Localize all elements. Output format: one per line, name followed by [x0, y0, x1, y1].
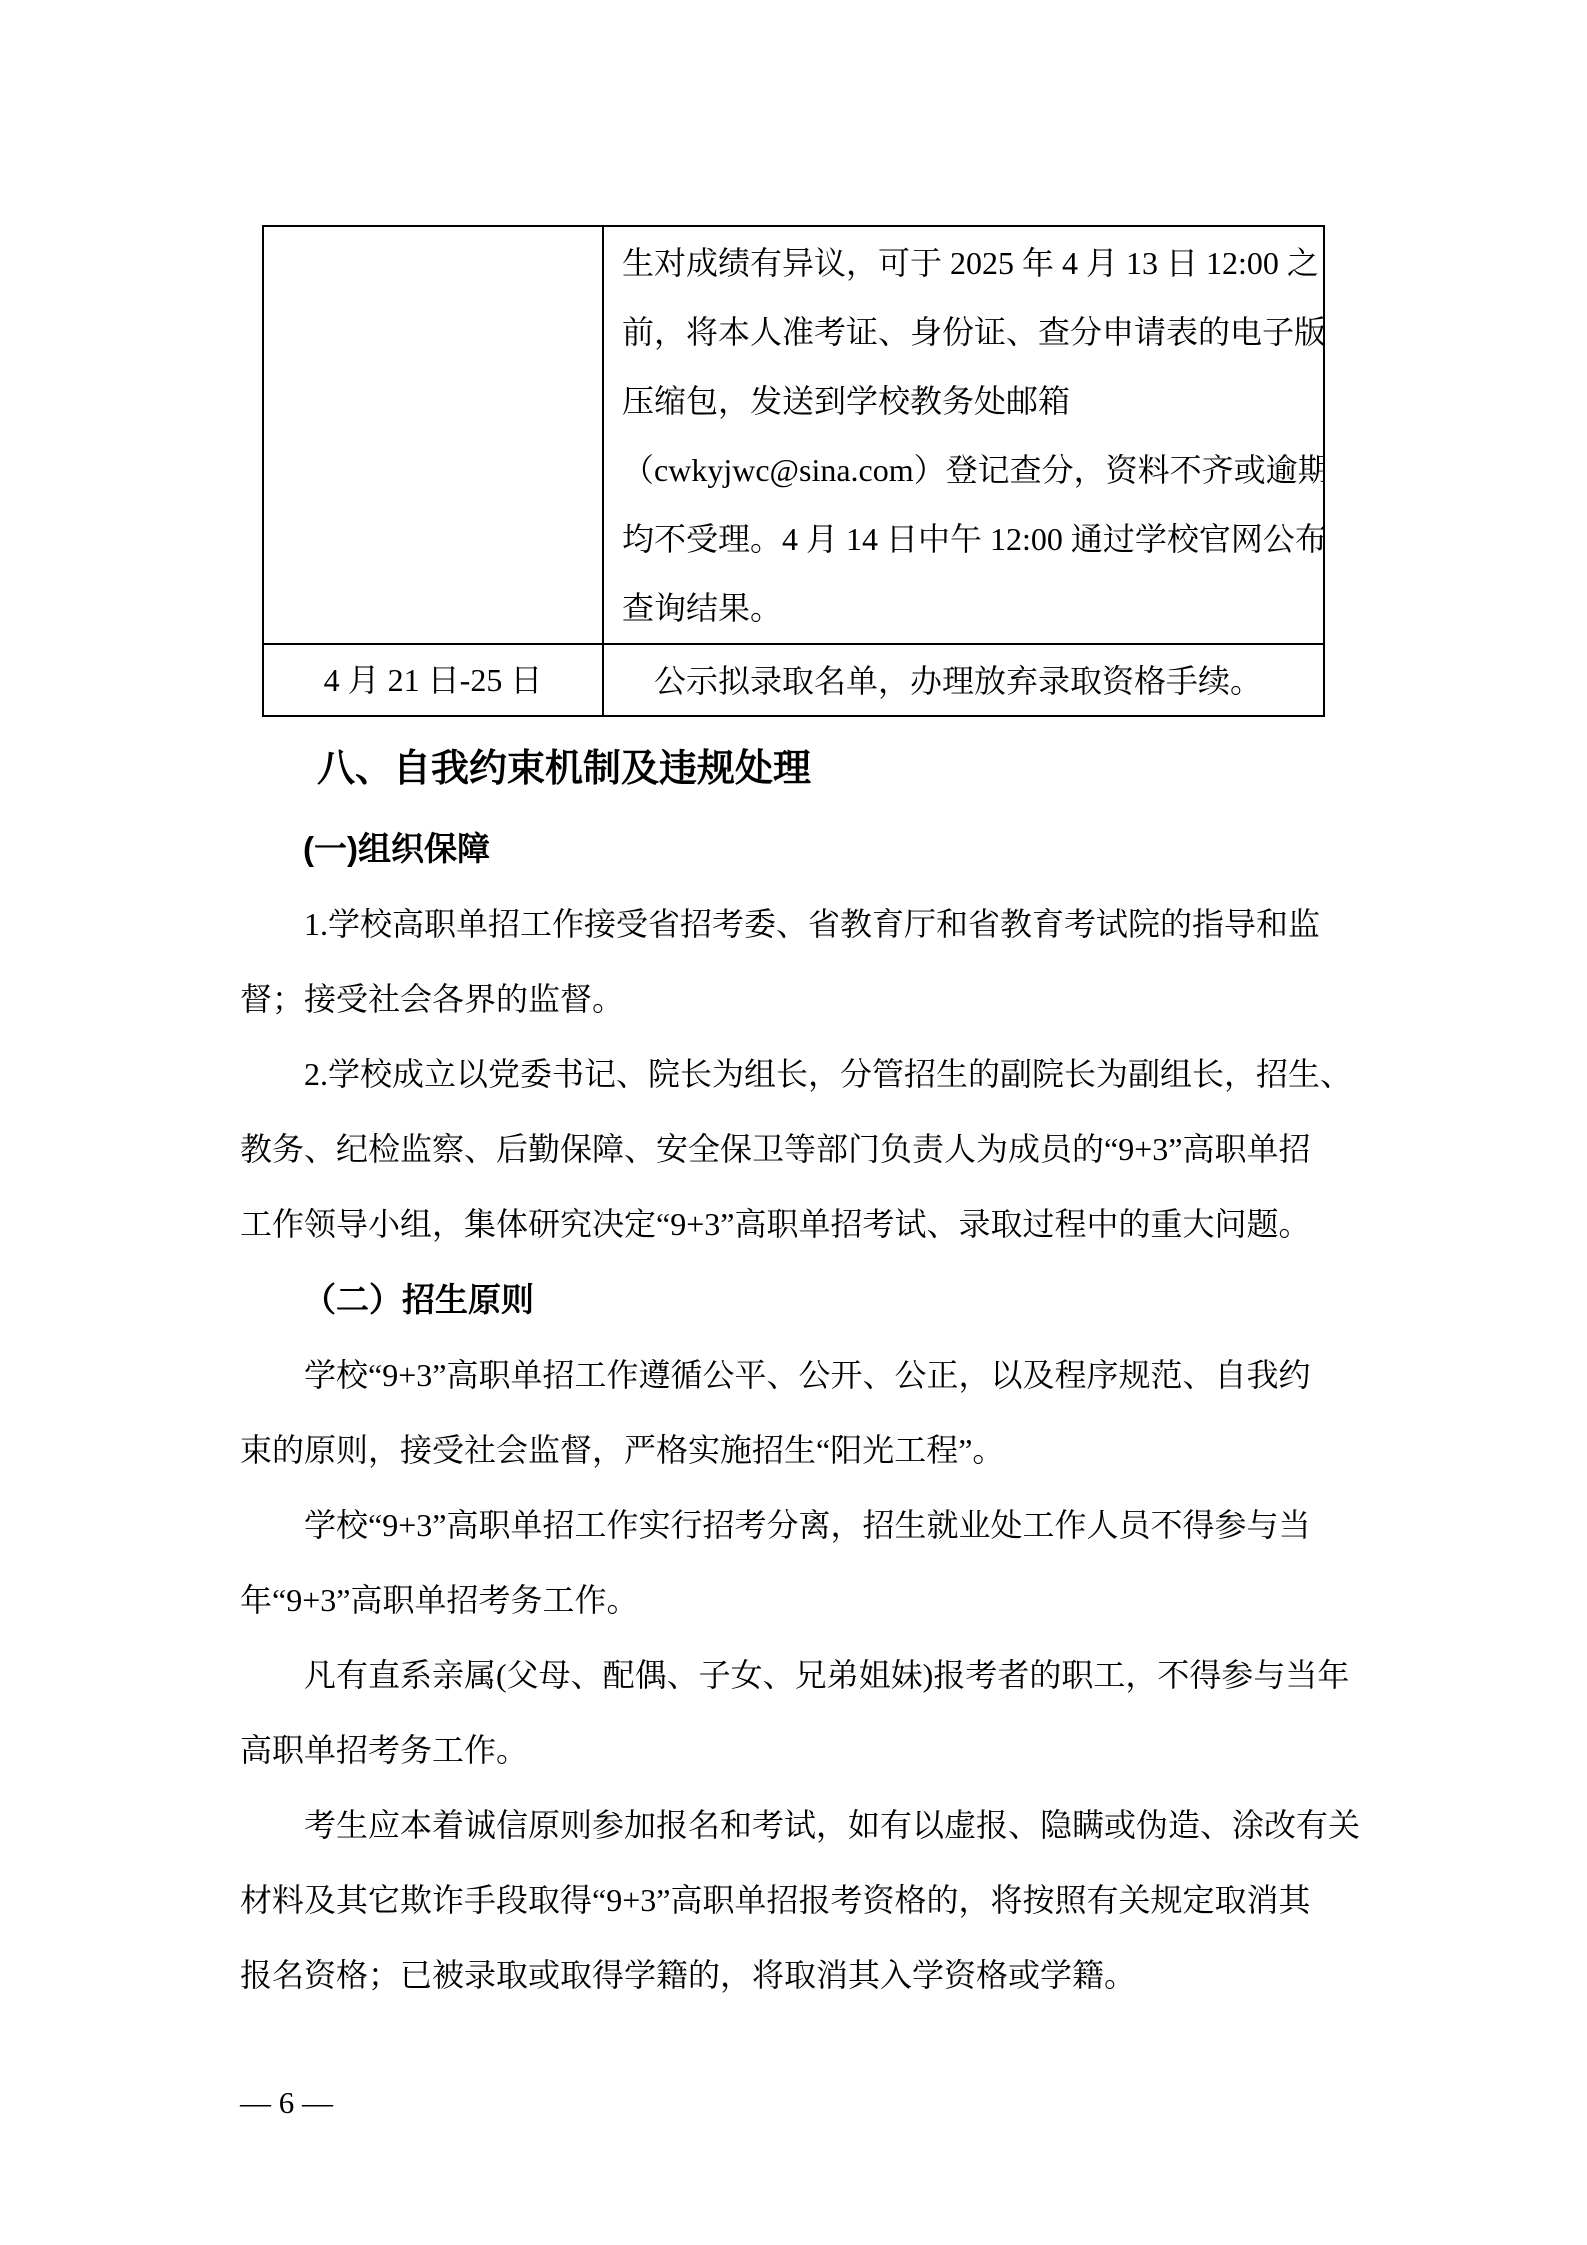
- table-row: 生对成绩有异议，可于 2025 年 4 月 13 日 12:00 之前，将本人准…: [263, 226, 1324, 644]
- table-content-line: 前，将本人准考证、身份证、查分申请表的电子版: [622, 298, 1311, 367]
- body-line: 学校“9+3”高职单招工作遵循公平、公开、公正，以及程序规范、自我约: [240, 1338, 1345, 1413]
- content-cell-lines: 生对成绩有异议，可于 2025 年 4 月 13 日 12:00 之前，将本人准…: [622, 229, 1311, 643]
- body-line: 2.学校成立以党委书记、院长为组长，分管招生的副院长为副组长，招生、: [240, 1037, 1345, 1112]
- body-line: 高职单招考务工作。: [240, 1713, 1345, 1788]
- table-content-line: （cwkyjwc@sina.com）登记查分，资料不齐或逾期: [622, 436, 1311, 505]
- content-blocks: 八、自我约束机制及违规处理(一)组织保障1.学校高职单招工作接受省招考委、省教育…: [240, 727, 1345, 2013]
- section-heading: 八、自我约束机制及违规处理: [240, 727, 1345, 811]
- body-line: 督；接受社会各界的监督。: [240, 962, 1345, 1037]
- subsection-heading: （二）招生原则: [240, 1262, 1345, 1338]
- body-line: 束的原则，接受社会监督，严格实施招生“阳光工程”。: [240, 1413, 1345, 1488]
- schedule-table: 生对成绩有异议，可于 2025 年 4 月 13 日 12:00 之前，将本人准…: [262, 225, 1325, 717]
- subsection-heading: (一)组织保障: [240, 811, 1345, 887]
- date-cell: [263, 226, 603, 644]
- body-line: 凡有直系亲属(父母、配偶、子女、兄弟姐妹)报考者的职工，不得参与当年: [240, 1638, 1345, 1713]
- table-row: 4 月 21 日-25 日 公示拟录取名单，办理放弃录取资格手续。: [263, 644, 1324, 716]
- body-line: 报名资格；已被录取或取得学籍的，将取消其入学资格或学籍。: [240, 1938, 1345, 2013]
- body-line: 教务、纪检监察、后勤保障、安全保卫等部门负责人为成员的“9+3”高职单招: [240, 1112, 1345, 1187]
- body-line: 工作领导小组，集体研究决定“9+3”高职单招考试、录取过程中的重大问题。: [240, 1187, 1345, 1262]
- content-cell-lines: 公示拟录取名单，办理放弃录取资格手续。: [622, 648, 1311, 714]
- body-line: 学校“9+3”高职单招工作实行招考分离，招生就业处工作人员不得参与当: [240, 1488, 1345, 1563]
- body-line: 材料及其它欺诈手段取得“9+3”高职单招报考资格的，将按照有关规定取消其: [240, 1863, 1345, 1938]
- table-content-line: 均不受理。4 月 14 日中午 12:00 通过学校官网公布: [622, 505, 1311, 574]
- table-content-line: 查询结果。: [622, 574, 1311, 643]
- document-page: 生对成绩有异议，可于 2025 年 4 月 13 日 12:00 之前，将本人准…: [0, 0, 1587, 2245]
- page-number: — 6 —: [240, 2079, 333, 2127]
- table-content-line: 压缩包，发送到学校教务处邮箱: [622, 367, 1311, 436]
- body-line: 考生应本着诚信原则参加报名和考试，如有以虚报、隐瞒或伪造、涂改有关: [240, 1788, 1345, 1863]
- body-line: 年“9+3”高职单招考务工作。: [240, 1563, 1345, 1638]
- content-cell: 生对成绩有异议，可于 2025 年 4 月 13 日 12:00 之前，将本人准…: [603, 226, 1324, 644]
- table-content-line: 公示拟录取名单，办理放弃录取资格手续。: [622, 648, 1311, 714]
- body-line: 1.学校高职单招工作接受省招考委、省教育厅和省教育考试院的指导和监: [240, 887, 1345, 962]
- table-content-line: 生对成绩有异议，可于 2025 年 4 月 13 日 12:00 之: [622, 229, 1311, 298]
- content-cell: 公示拟录取名单，办理放弃录取资格手续。: [603, 644, 1324, 716]
- date-cell: 4 月 21 日-25 日: [263, 644, 603, 716]
